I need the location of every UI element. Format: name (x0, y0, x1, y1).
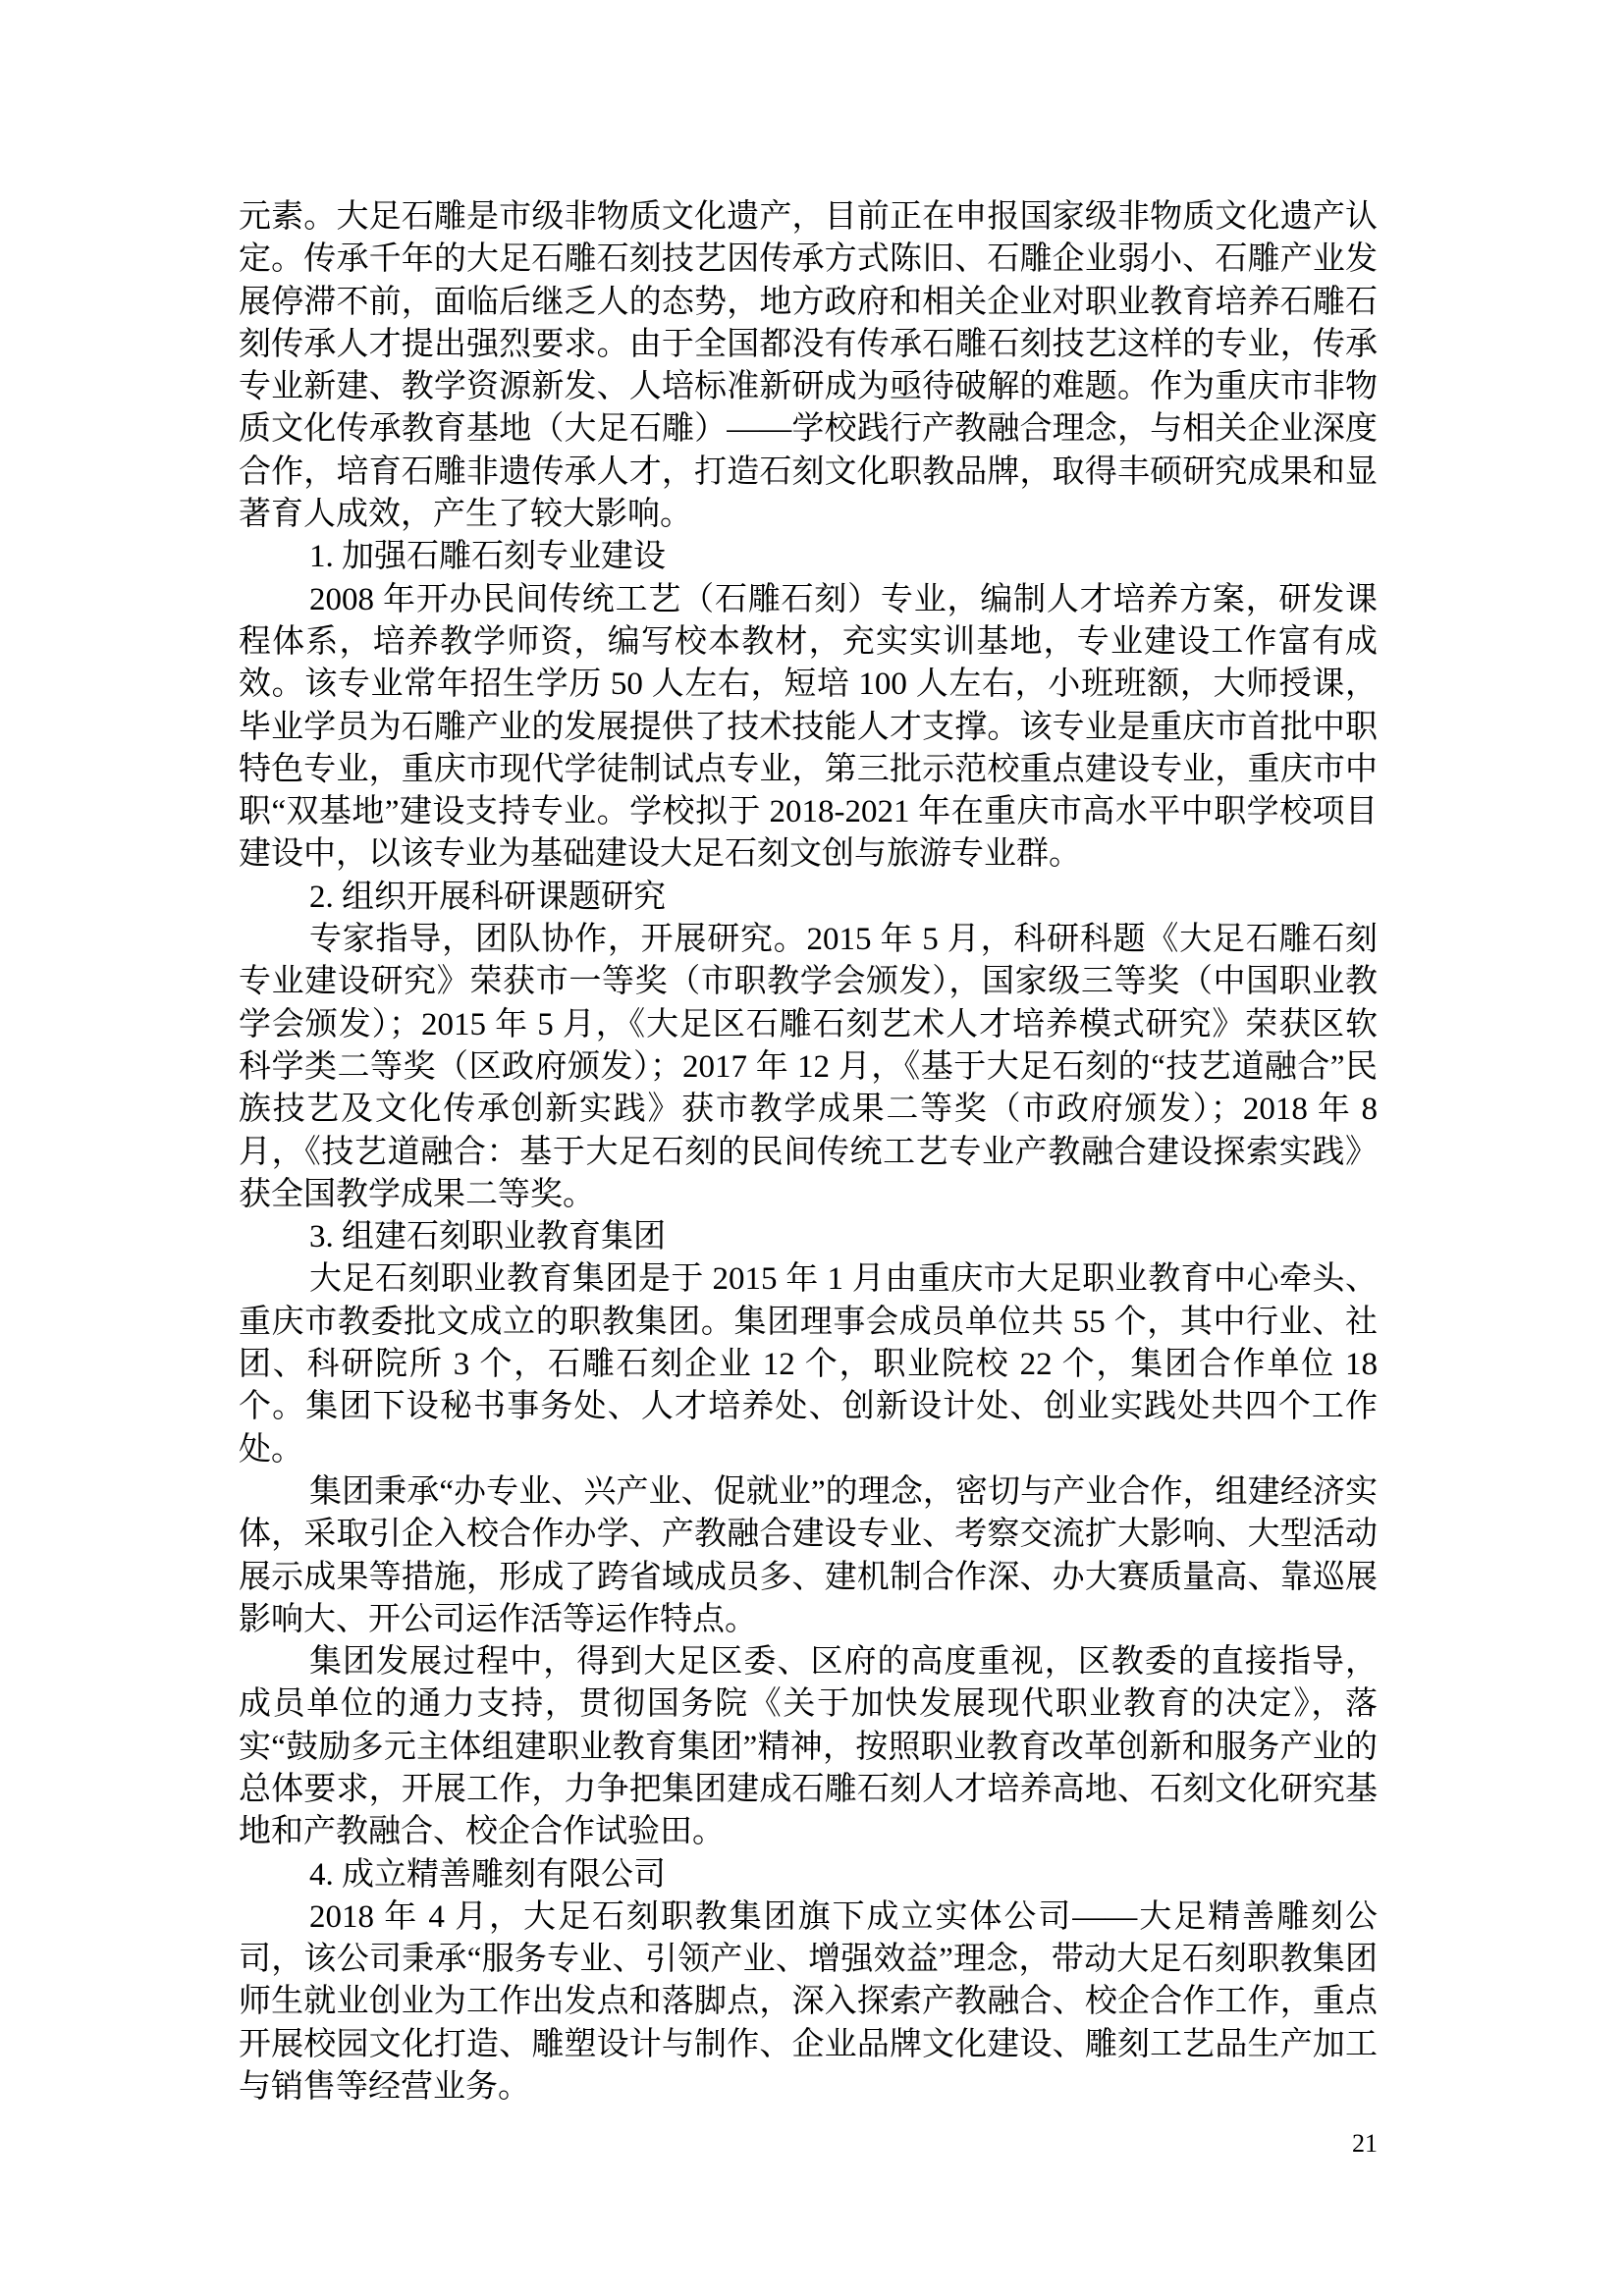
section-heading: 4. 成立精善雕刻有限公司 (239, 1854, 1378, 1896)
section-heading: 1. 加强石雕石刻专业建设 (239, 536, 1378, 578)
paragraph: 2008 年开办民间传统工艺（石雕石刻）专业，编制人才培养方案，研发课程体系，培… (239, 579, 1378, 877)
paragraph: 元素。大足石雕是市级非物质文化遗产，目前正在申报国家级非物质文化遗产认定。传承千… (239, 196, 1378, 536)
page-number: 21 (239, 2128, 1378, 2160)
paragraph: 集团发展过程中，得到大足区委、区府的高度重视，区教委的直接指导，成员单位的通力支… (239, 1641, 1378, 1853)
document-body: 元素。大足石雕是市级非物质文化遗产，目前正在申报国家级非物质文化遗产认定。传承千… (239, 196, 1378, 2109)
document-page: 元素。大足石雕是市级非物质文化遗产，目前正在申报国家级非物质文化遗产认定。传承千… (0, 0, 1624, 2296)
paragraph: 专家指导，团队协作，开展研究。2015 年 5 月，科研科题《大足石雕石刻专业建… (239, 919, 1378, 1216)
section-heading: 2. 组织开展科研课题研究 (239, 877, 1378, 919)
section-heading: 3. 组建石刻职业教育集团 (239, 1216, 1378, 1258)
paragraph: 集团秉承“办专业、兴产业、促就业”的理念，密切与产业合作，组建经济实体，采取引企… (239, 1471, 1378, 1641)
paragraph: 大足石刻职业教育集团是于 2015 年 1 月由重庆市大足职业教育中心牵头、重庆… (239, 1258, 1378, 1470)
paragraph: 2018 年 4 月，大足石刻职教集团旗下成立实体公司——大足精善雕刻公司，该公… (239, 1896, 1378, 2109)
